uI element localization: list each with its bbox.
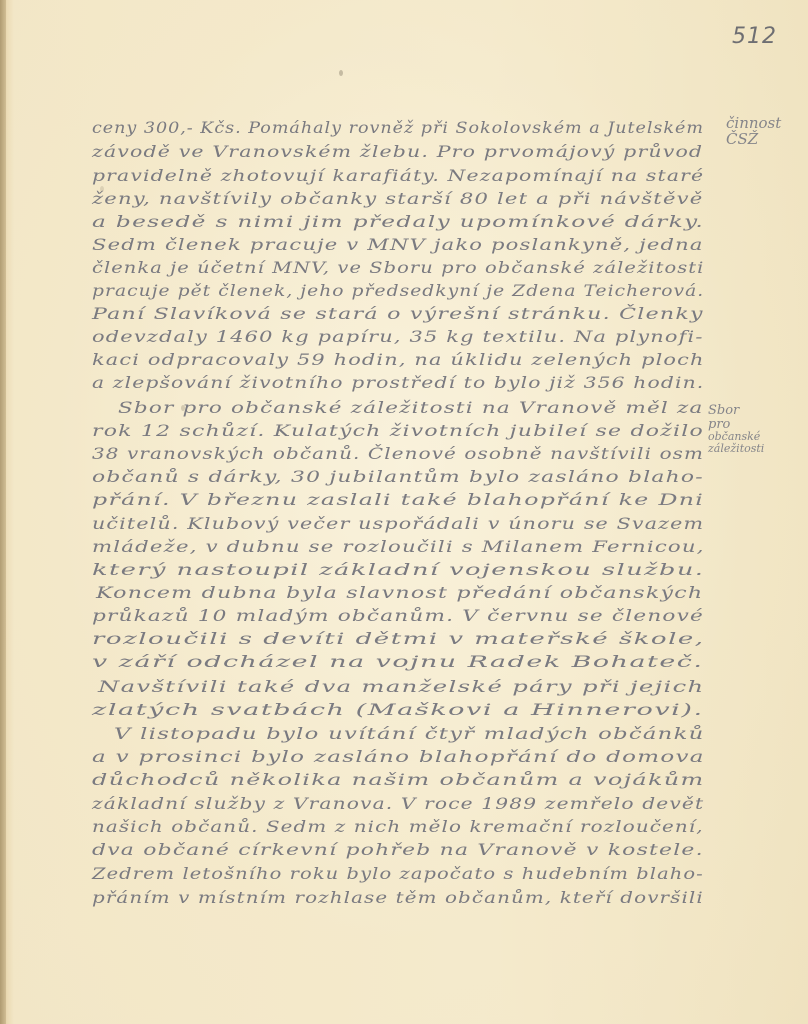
text-line: Paní Slavíková se stará o výrešní stránk… [92,304,704,323]
text-line: dva občané církevní pohřeb na Vranově v … [92,840,704,859]
paper-speck [339,70,343,76]
scanned-page: 512 ceny 300,- Kčs. Pomáhaly rovněž při … [0,0,808,1024]
text-line: v září odcházel na vojnu Radek Bohateč. [92,652,703,671]
text-line: a zlepšování životního prostředí to bylo… [92,373,704,392]
text-line: závodě ve Vranovském žlebu. Pro prvomájo… [92,142,703,161]
text-line: pracuje pět členek, jeho předsedkyní je … [92,281,704,300]
text-line: pravidelně zhotovují karafiáty. Nezapomí… [92,166,704,185]
margin-note-line: pro [708,418,764,432]
text-line: a besedě s nimi jim předaly upomínkové d… [92,212,704,231]
text-line: důchodců několika našim občanům a vojáků… [92,770,705,789]
text-line: rok 12 schůzí. Kulatých životních jubile… [92,421,704,440]
text-line: průkazů 10 mladým občanům. V červnu se č… [92,606,704,625]
text-line: V listopadu bylo uvítání čtyř mladých ob… [114,724,704,743]
text-line: přáním v místním rozhlase těm občanům, k… [92,888,704,907]
text-line: Sedm členek pracuje v MNV jako poslankyn… [92,235,704,254]
text-line: Zedrem letošního roku bylo započato s hu… [92,864,704,883]
text-line: a v prosinci bylo zasláno blahopřání do … [92,747,705,766]
text-line: 38 vranovských občanů. Členové osobně na… [92,444,704,463]
text-line: Koncem dubna byla slavnost předání občan… [96,583,703,602]
margin-note-line: ČSŽ [726,132,781,148]
text-line: občanů s dárky, 30 jubilantům bylo zaslá… [92,467,704,486]
binding-edge [0,0,6,1024]
text-line: který nastoupil základní vojenskou služb… [92,560,704,579]
margin-note-csz-activity: činnost ČSŽ [726,116,781,148]
text-line: Navštívili také dva manželské páry při j… [98,677,705,696]
text-line: rozloučili s devíti dětmi v mateřské ško… [92,629,705,648]
text-line: odevzdaly 1460 kg papíru, 35 kg textilu.… [92,327,704,346]
text-line: Sbor pro občanské záležitosti na Vranově… [118,398,704,417]
margin-note-line: Sbor [708,404,764,418]
margin-note-spoz: Sbor pro občanské záležitosti [708,404,764,454]
page-number: 512 [732,24,777,49]
text-line: přání. V březnu zaslali také blahopřání … [92,490,704,509]
text-line: kaci odpracovaly 59 hodin, na úklidu zel… [92,350,705,369]
text-line: učitelů. Klubový večer uspořádali v únor… [92,514,704,533]
text-line: zlatých svatbách (Maškovi a Hinnerovi). [92,700,704,719]
text-line: členka je účetní MNV, ve Sboru pro občan… [92,258,704,277]
text-line: našich občanů. Sedm z nich mělo kremační… [92,817,704,836]
text-line: ceny 300,- Kčs. Pomáhaly rovněž při Soko… [92,118,704,137]
text-line: mládeže, v dubnu se rozloučili s Milanem… [92,537,705,556]
text-line: ženy, navštívily občanky starší 80 let a… [92,189,703,208]
text-line: základní služby z Vranova. V roce 1989 z… [92,794,704,813]
margin-note-line: záležitosti [708,443,764,455]
